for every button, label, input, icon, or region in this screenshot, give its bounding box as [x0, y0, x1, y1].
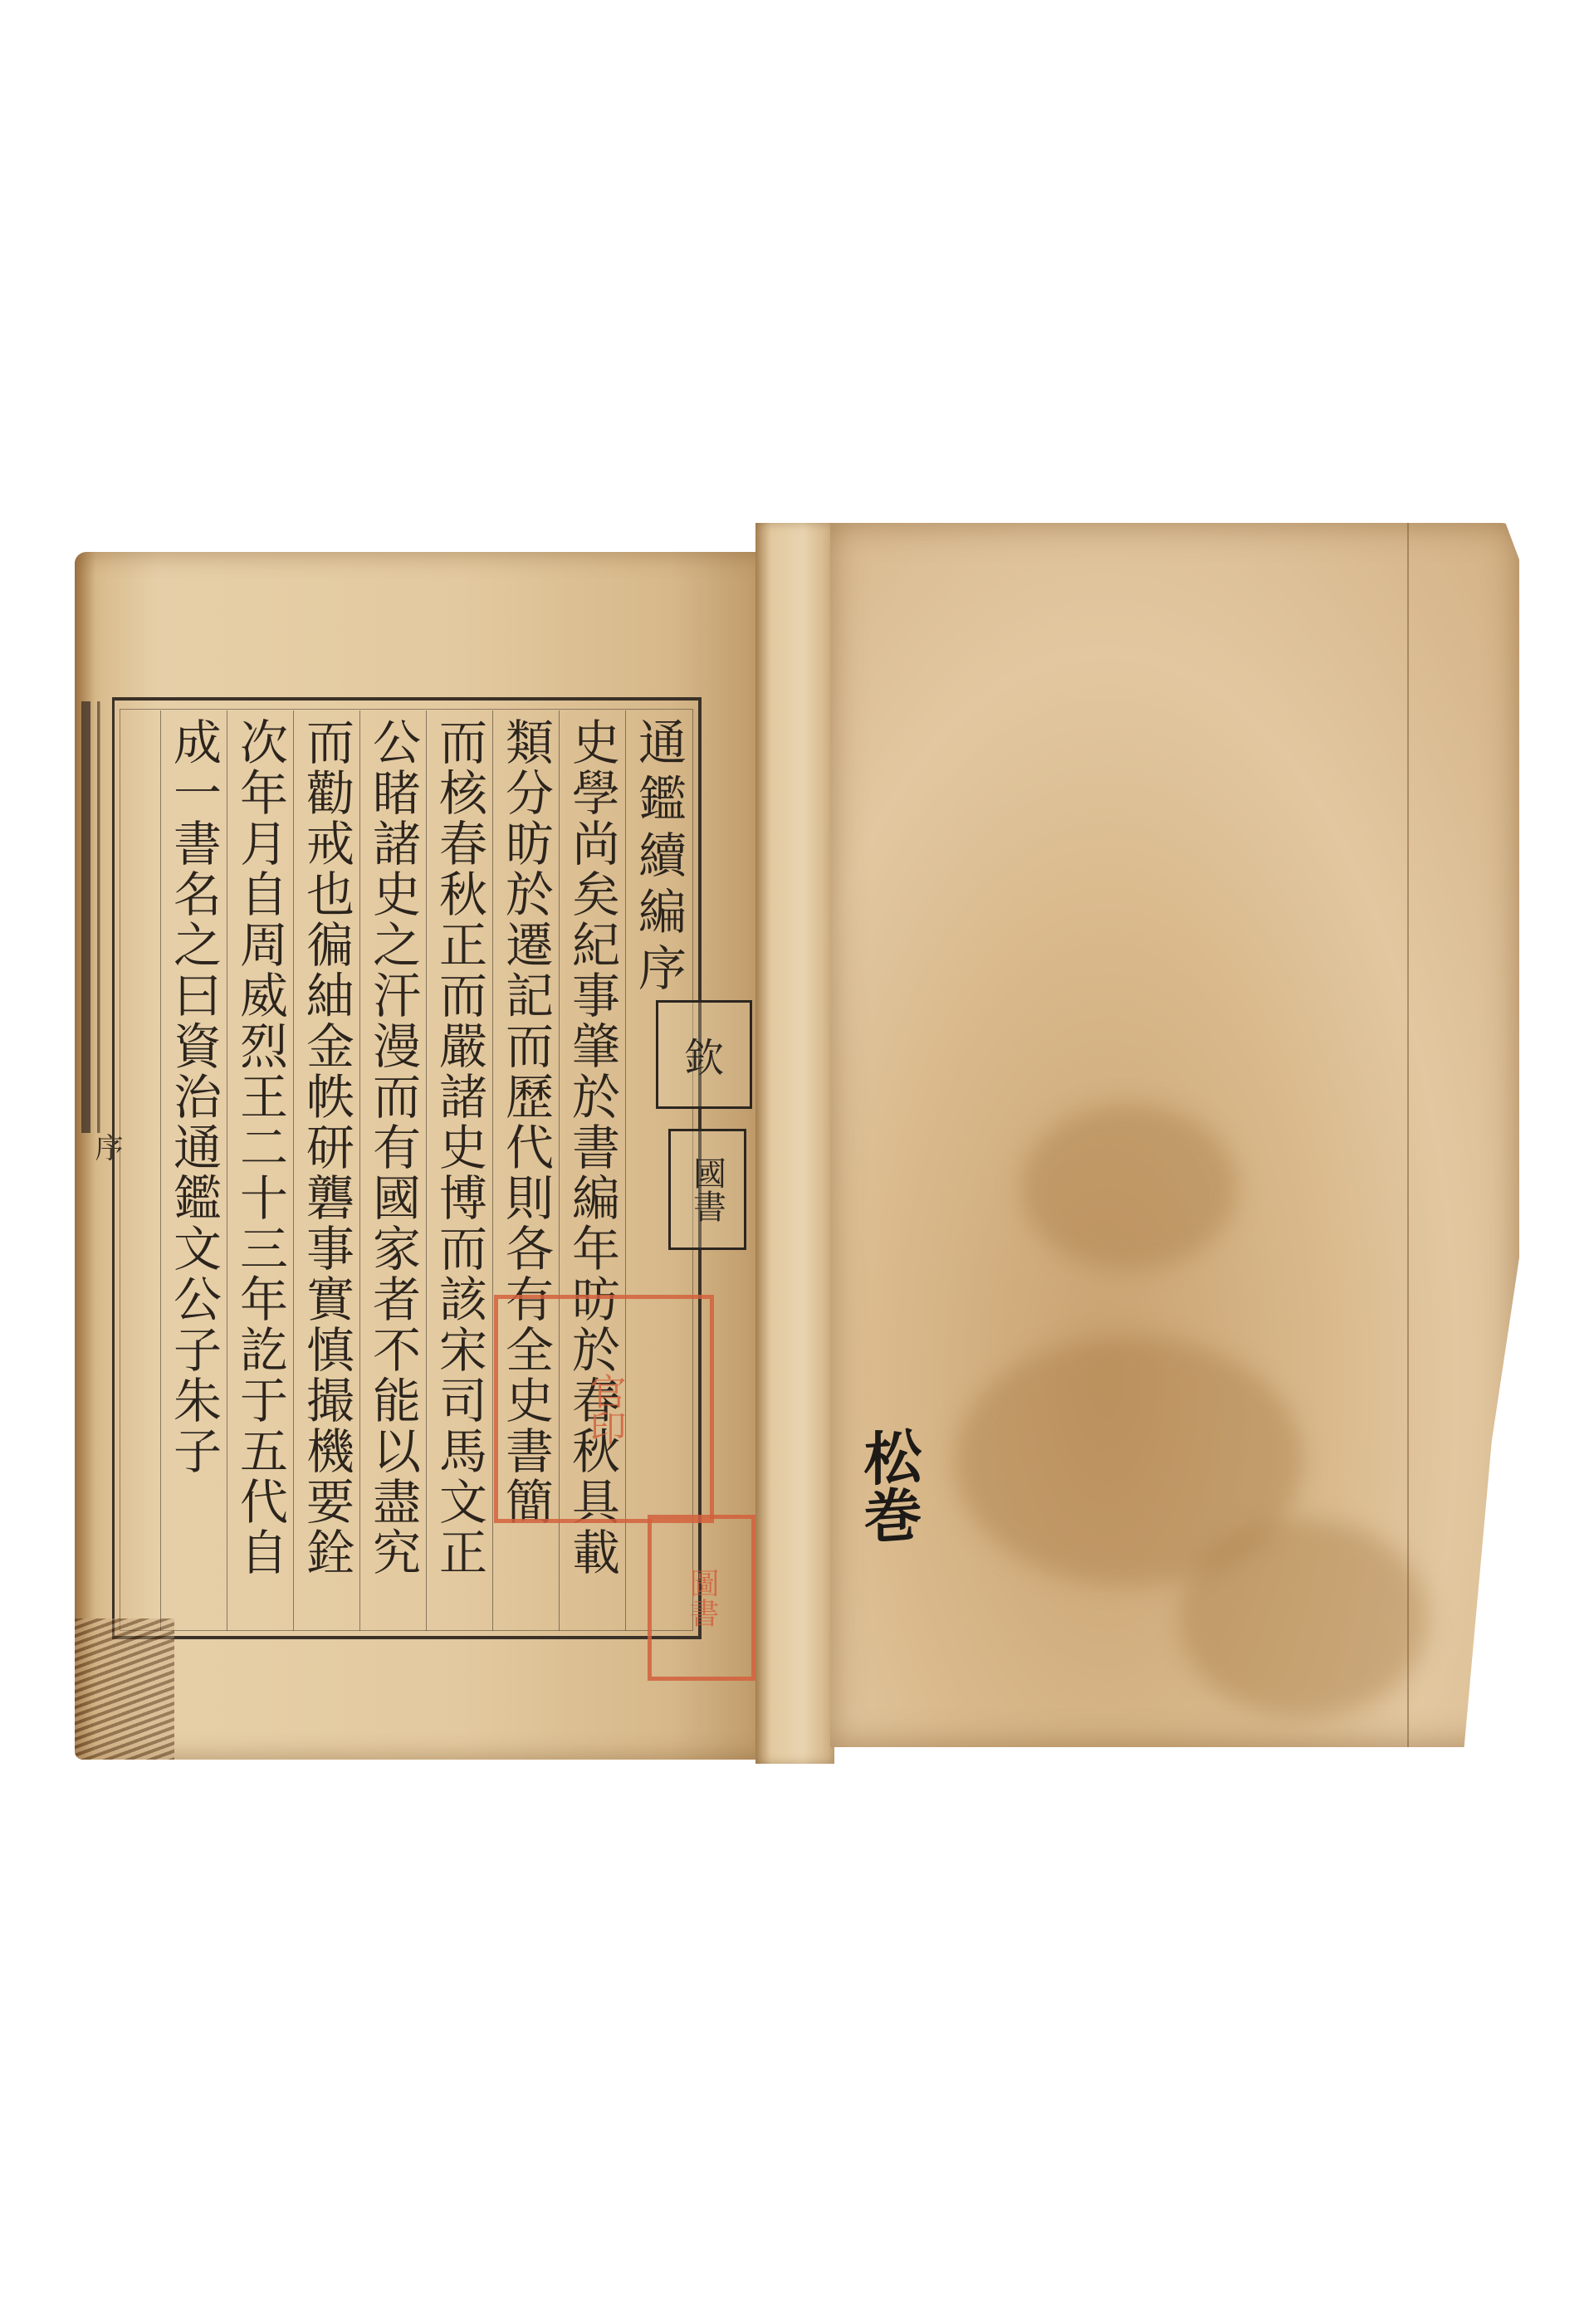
- page-fold-line: [1407, 523, 1409, 1747]
- water-stain: [1179, 1519, 1428, 1718]
- water-stain: [1021, 1104, 1237, 1270]
- printed-margin-strip: [81, 701, 108, 1133]
- text-column: 次年月自周威烈王二十三年訖于五代自: [227, 710, 293, 1631]
- text-column: 而核春秋正而嚴諸史博而該宋司馬文正: [426, 710, 492, 1631]
- right-page: [830, 523, 1519, 1747]
- left-page: 序 通鑑續編序 史學尚矣紀事肇於書編年昉於春秋具載 類分昉於遷記而歷代則各有全史…: [75, 552, 776, 1760]
- red-seal-small: 圖書: [648, 1515, 755, 1681]
- text-column: 而勸戒也徧紬金帙研礱事實慎撮機要銓: [293, 710, 359, 1631]
- open-book: 序 通鑑續編序 史學尚矣紀事肇於書編年昉於春秋具載 類分昉於遷記而歷代則各有全史…: [75, 523, 1519, 1764]
- black-seal-top: 欽: [656, 1000, 752, 1109]
- black-seal-bottom: 國書: [668, 1129, 746, 1250]
- red-seal-large: 官印: [494, 1295, 714, 1523]
- text-column: 成一書名之曰資治通鑑文公子朱子: [160, 710, 227, 1631]
- book-spine: [755, 523, 834, 1764]
- handwritten-inscription: 松巻: [851, 1425, 926, 1546]
- text-column: 公睹諸史之汗漫而有國家者不能以盡究: [359, 710, 426, 1631]
